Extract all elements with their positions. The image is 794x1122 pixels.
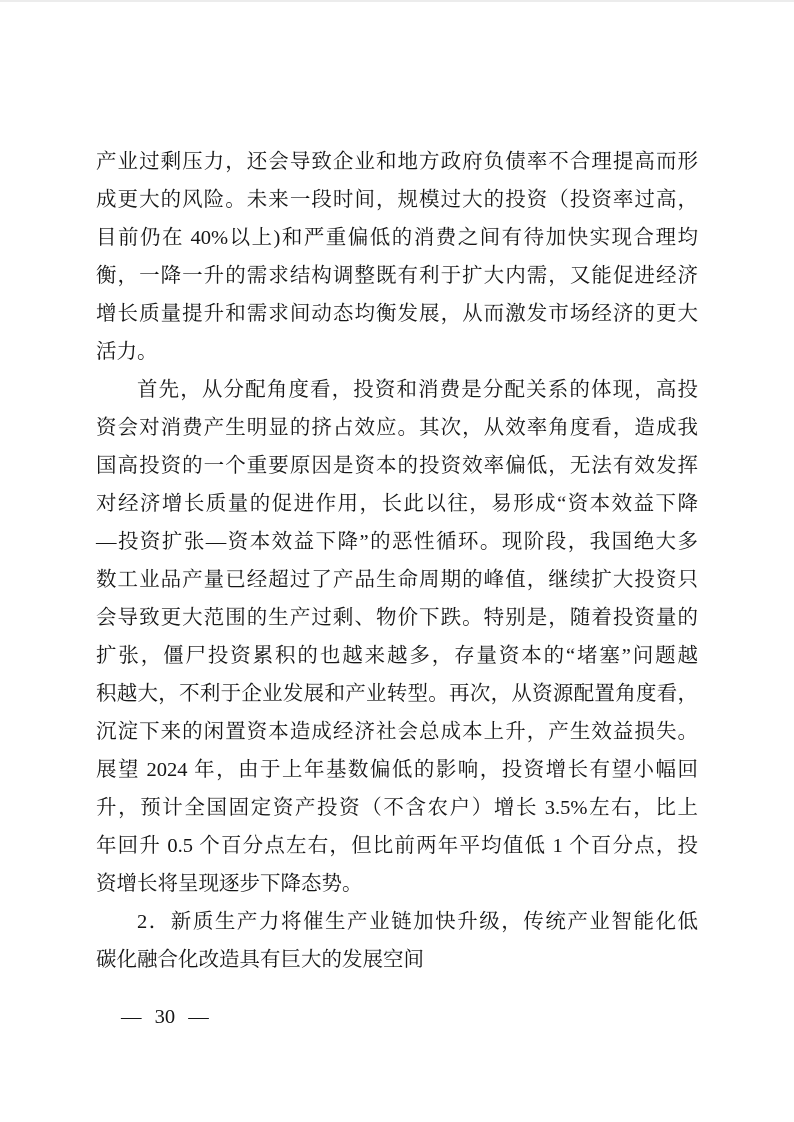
text-line: 成更大的风险。未来一段时间，规模过大的投资（投资率过高，: [96, 181, 698, 219]
text-line: 2．新质生产力将催生产业链加快升级，传统产业智能化低: [96, 903, 698, 941]
document-page: 产业过剩压力，还会导致企业和地方政府负债率不合理提高而形 成更大的风险。未来一段…: [0, 0, 794, 1122]
text-line: 产业过剩压力，还会导致企业和地方政府负债率不合理提高而形: [96, 143, 698, 181]
text-line: 国高投资的一个重要原因是资本的投资效率偏低，无法有效发挥: [96, 447, 698, 485]
text-block: 产业过剩压力，还会导致企业和地方政府负债率不合理提高而形 成更大的风险。未来一段…: [96, 143, 698, 979]
text-line: 数工业品产量已经超过了产品生命周期的峰值，继续扩大投资只: [96, 561, 698, 599]
text-line: 升，预计全国固定资产投资（不含农户）增长 3.5%左右，比上: [96, 789, 698, 827]
text-line: 资会对消费产生明显的挤占效应。其次，从效率角度看，造成我: [96, 409, 698, 447]
text-line: 会导致更大范围的生产过剩、物价下跌。特别是，随着投资量的: [96, 599, 698, 637]
text-line: 碳化融合化改造具有巨大的发展空间: [96, 941, 698, 979]
text-line: —投资扩张—资本效益下降”的恶性循环。现阶段，我国绝大多: [96, 523, 698, 561]
paragraph-3-heading: 2．新质生产力将催生产业链加快升级，传统产业智能化低 碳化融合化改造具有巨大的发…: [96, 903, 698, 979]
text-line: 年回升 0.5 个百分点左右，但比前两年平均值低 1 个百分点，投: [96, 827, 698, 865]
text-line: 活力。: [96, 333, 698, 371]
paragraph-1: 产业过剩压力，还会导致企业和地方政府负债率不合理提高而形 成更大的风险。未来一段…: [96, 143, 698, 371]
text-line: 首先，从分配角度看，投资和消费是分配关系的体现，高投: [96, 371, 698, 409]
text-line: 资增长将呈现逐步下降态势。: [96, 865, 698, 903]
text-line: 扩张，僵尸投资累积的也越来越多，存量资本的“堵塞”问题越: [96, 637, 698, 675]
paragraph-2: 首先，从分配角度看，投资和消费是分配关系的体现，高投 资会对消费产生明显的挤占效…: [96, 371, 698, 903]
text-line: 衡，一降一升的需求结构调整既有利于扩大内需，又能促进经济: [96, 257, 698, 295]
text-line: 沉淀下来的闲置资本造成经济社会总成本上升，产生效益损失。: [96, 713, 698, 751]
page-number: — 30 —: [121, 1000, 209, 1034]
text-line: 展望 2024 年，由于上年基数偏低的影响，投资增长有望小幅回: [96, 751, 698, 789]
text-line: 积越大，不利于企业发展和产业转型。再次，从资源配置角度看，: [96, 675, 698, 713]
text-line: 增长质量提升和需求间动态均衡发展，从而激发市场经济的更大: [96, 295, 698, 333]
text-line: 对经济增长质量的促进作用，长此以往，易形成“资本效益下降: [96, 485, 698, 523]
text-line: 目前仍在 40%以上)和严重偏低的消费之间有待加快实现合理均: [96, 219, 698, 257]
